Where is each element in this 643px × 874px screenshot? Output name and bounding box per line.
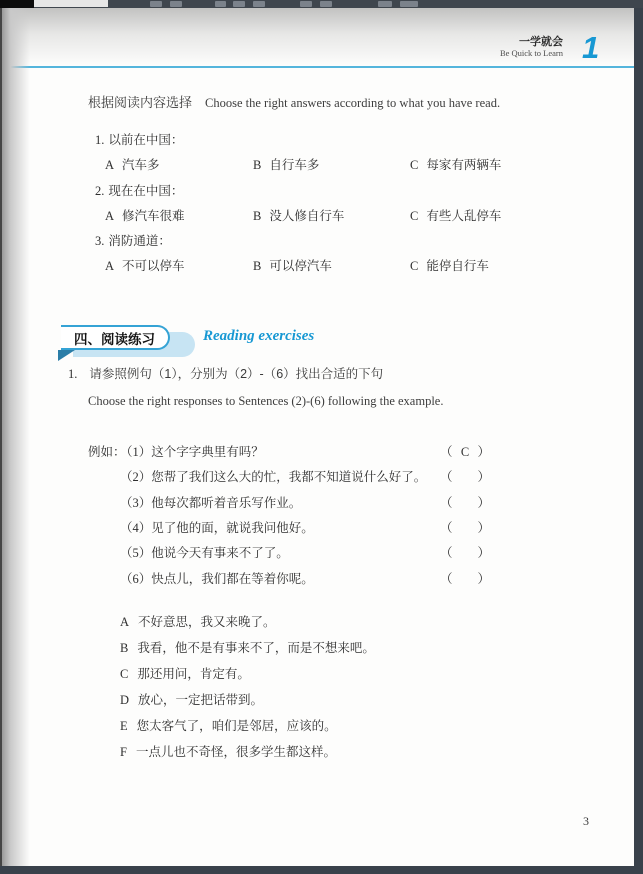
question-number: 2. [95,184,104,198]
option-b: B自行车多 [253,153,410,178]
choice-row: C那还用问，肯定有。 [120,661,375,687]
answer-bracket: （） [440,541,490,566]
option-label: C [410,158,418,172]
reading-check-instruction: 根据阅读内容选择Choose the right answers accordi… [88,92,500,112]
question-options: A不可以停车 B可以停汽车 C能停自行车 [95,254,600,279]
question-stem: 2.现在在中国： [95,179,600,204]
question-stem: 1.以前在中国： [95,128,600,153]
bracket-open: （ [440,567,453,592]
sentence-number: （5） [120,546,151,560]
option-text: 自行车多 [269,158,319,172]
sentence-number: （1） [120,445,151,459]
question-options: A汽车多 B自行车多 C每家有两辆车 [95,153,600,178]
exercise1-instruction-chinese: 请参照例句（1），分别为（2）-（6）找出合适的下句 [89,367,383,381]
page-spine-shadow [0,8,30,866]
choice-row: B我看，他不是有事来不了，而是不想来吧。 [120,635,375,661]
option-text: 没人修自行车 [269,209,344,223]
option-a: A汽车多 [105,153,253,178]
toolbar-icon-8[interactable] [378,1,392,7]
example-sentences: 例如：（1）这个字字典里有吗？ （C） （2）您帮了我们这么大的忙，我都不知道说… [88,440,508,592]
sentence-row: （5）他说今天有事来不了了。 （） [88,541,508,566]
answer-bracket: （C） [440,440,490,465]
choice-label: F [120,745,127,759]
bracket-close: ） [477,541,490,566]
lesson-number: 1 [582,30,599,66]
answer-bracket: （） [440,491,490,516]
sentence-row: （3）他每次都听着音乐写作业。 （） [88,491,508,516]
option-text: 有些人乱停车 [426,209,501,223]
question-text: 现在在中国： [108,184,183,198]
choice-text: 我看，他不是有事来不了，而是不想来吧。 [137,641,375,655]
toolbar-icon-6[interactable] [300,1,312,7]
question-options: A修汽车很难 B没人修自行车 C有些人乱停车 [95,204,600,229]
bracket-close: ） [477,567,490,592]
option-label: B [253,209,261,223]
bracket-close: ） [477,465,490,490]
question-stem: 3.消防通道： [95,229,600,254]
option-text: 汽车多 [122,158,160,172]
exercise1-instruction: 1.请参照例句（1），分别为（2）-（6）找出合适的下句 [68,364,383,382]
option-b: B可以停汽车 [253,254,410,279]
toolbar-tab-light[interactable] [34,0,108,7]
choice-text: 放心，一定把话带到。 [138,693,263,707]
header-title-chinese: 一学就会 [440,36,563,49]
question-number: 1. [95,133,104,147]
sentence-text: 您帮了我们这么大的忙，我都不知道说什么好了。 [151,470,426,484]
option-label: B [253,158,261,172]
sentence-text: 见了他的面，就说我问他好。 [151,521,314,535]
choice-label: A [120,615,129,629]
option-text: 能停自行车 [426,259,489,273]
choice-text: 您太客气了，咱们是邻居，应该的。 [137,719,337,733]
choice-row: E您太客气了，咱们是邻居，应该的。 [120,713,375,739]
option-a: A修汽车很难 [105,204,253,229]
option-label: A [105,209,114,223]
question-text: 以前在中国： [108,133,183,147]
sentence-text: 他每次都听着音乐写作业。 [151,496,301,510]
choice-label: E [120,719,128,733]
answer-bracket: （） [440,516,490,541]
toolbar-icon-7[interactable] [320,1,332,7]
sentence-number: （3） [120,496,151,510]
bracket-close: ） [477,440,490,465]
choice-row: A不好意思，我又来晚了。 [120,609,375,635]
sentence-text: 他说今天有事来不了了。 [151,546,289,560]
option-text: 每家有两辆车 [426,158,501,172]
question-text: 消防通道： [108,234,171,248]
document-page: 一学就会 Be Quick to Learn 1 根据阅读内容选择Choose … [0,8,634,866]
sentence-row: 例如：（1）这个字字典里有吗？ （C） [88,440,508,465]
instruction-english: Choose the right answers according to wh… [205,96,500,110]
answer-bracket: （） [440,465,490,490]
sentence-text: 这个字字典里有吗？ [151,445,264,459]
exercise1-instruction-english: Choose the right responses to Sentences … [88,394,443,409]
option-c: C有些人乱停车 [410,204,600,229]
toolbar-icon-9[interactable] [400,1,418,7]
response-choices: A不好意思，我又来晚了。 B我看，他不是有事来不了，而是不想来吧。 C那还用问，… [120,609,375,765]
bracket-open: （ [440,491,453,516]
option-a: A不可以停车 [105,254,253,279]
bracket-close: ） [477,516,490,541]
example-label: 例如： [88,440,120,465]
toolbar-icon-1[interactable] [150,1,162,7]
sentence-row: （2）您帮了我们这么大的忙，我都不知道说什么好了。 （） [88,465,508,490]
sentence-number: （2） [120,470,151,484]
exercise1-number: 1. [68,367,77,381]
section-badge-label: 四、阅读练习 [61,325,170,350]
page-number: 3 [578,814,594,829]
option-label: A [105,158,114,172]
choice-label: D [120,693,129,707]
sentence-row: （6）快点儿，我们都在等着你呢。 （） [88,567,508,592]
option-text: 修汽车很难 [122,209,185,223]
reading-check-questions: 1.以前在中国： A汽车多 B自行车多 C每家有两辆车 2.现在在中国： A修汽… [95,128,600,280]
sentence-number: （6） [120,572,151,586]
answer-bracket: （） [440,567,490,592]
toolbar-tab-dark[interactable] [0,0,34,8]
option-text: 可以停汽车 [269,259,332,273]
option-b: B没人修自行车 [253,204,410,229]
viewer-toolbar [0,0,643,8]
option-c: C能停自行车 [410,254,600,279]
bracket-close: ） [477,491,490,516]
header-title-english: Be Quick to Learn [440,49,563,59]
bracket-open: （ [440,440,453,465]
section-title-english: Reading exercises [203,328,314,345]
instruction-chinese: 根据阅读内容选择 [88,95,192,110]
choice-label: C [120,667,128,681]
option-label: C [410,259,418,273]
page-header: 一学就会 Be Quick to Learn [440,36,563,58]
choice-text: 不好意思，我又来晚了。 [138,615,276,629]
sentence-row: （4）见了他的面，就说我问他好。 （） [88,516,508,541]
sentence-number: （4） [120,521,151,535]
sentence-text: 快点儿，我们都在等着你呢。 [151,572,314,586]
bracket-open: （ [440,541,453,566]
answer-letter: C [453,440,478,465]
choice-row: D放心，一定把话带到。 [120,687,375,713]
option-label: A [105,259,114,273]
choice-label: B [120,641,128,655]
choice-text: 一点儿也不奇怪，很多学生都这样。 [136,745,336,759]
choice-row: F一点儿也不奇怪，很多学生都这样。 [120,739,375,765]
toolbar-icon-4[interactable] [233,1,245,7]
option-label: B [253,259,261,273]
option-text: 不可以停车 [122,259,185,273]
question-number: 3. [95,234,104,248]
toolbar-icon-2[interactable] [170,1,182,7]
option-c: C每家有两辆车 [410,153,600,178]
bracket-open: （ [440,465,453,490]
choice-text: 那还用问，肯定有。 [137,667,250,681]
option-label: C [410,209,418,223]
header-rule [0,66,634,68]
bracket-open: （ [440,516,453,541]
toolbar-icon-5[interactable] [253,1,265,7]
page-spine-edge [0,8,2,866]
toolbar-icon-3[interactable] [215,1,226,7]
